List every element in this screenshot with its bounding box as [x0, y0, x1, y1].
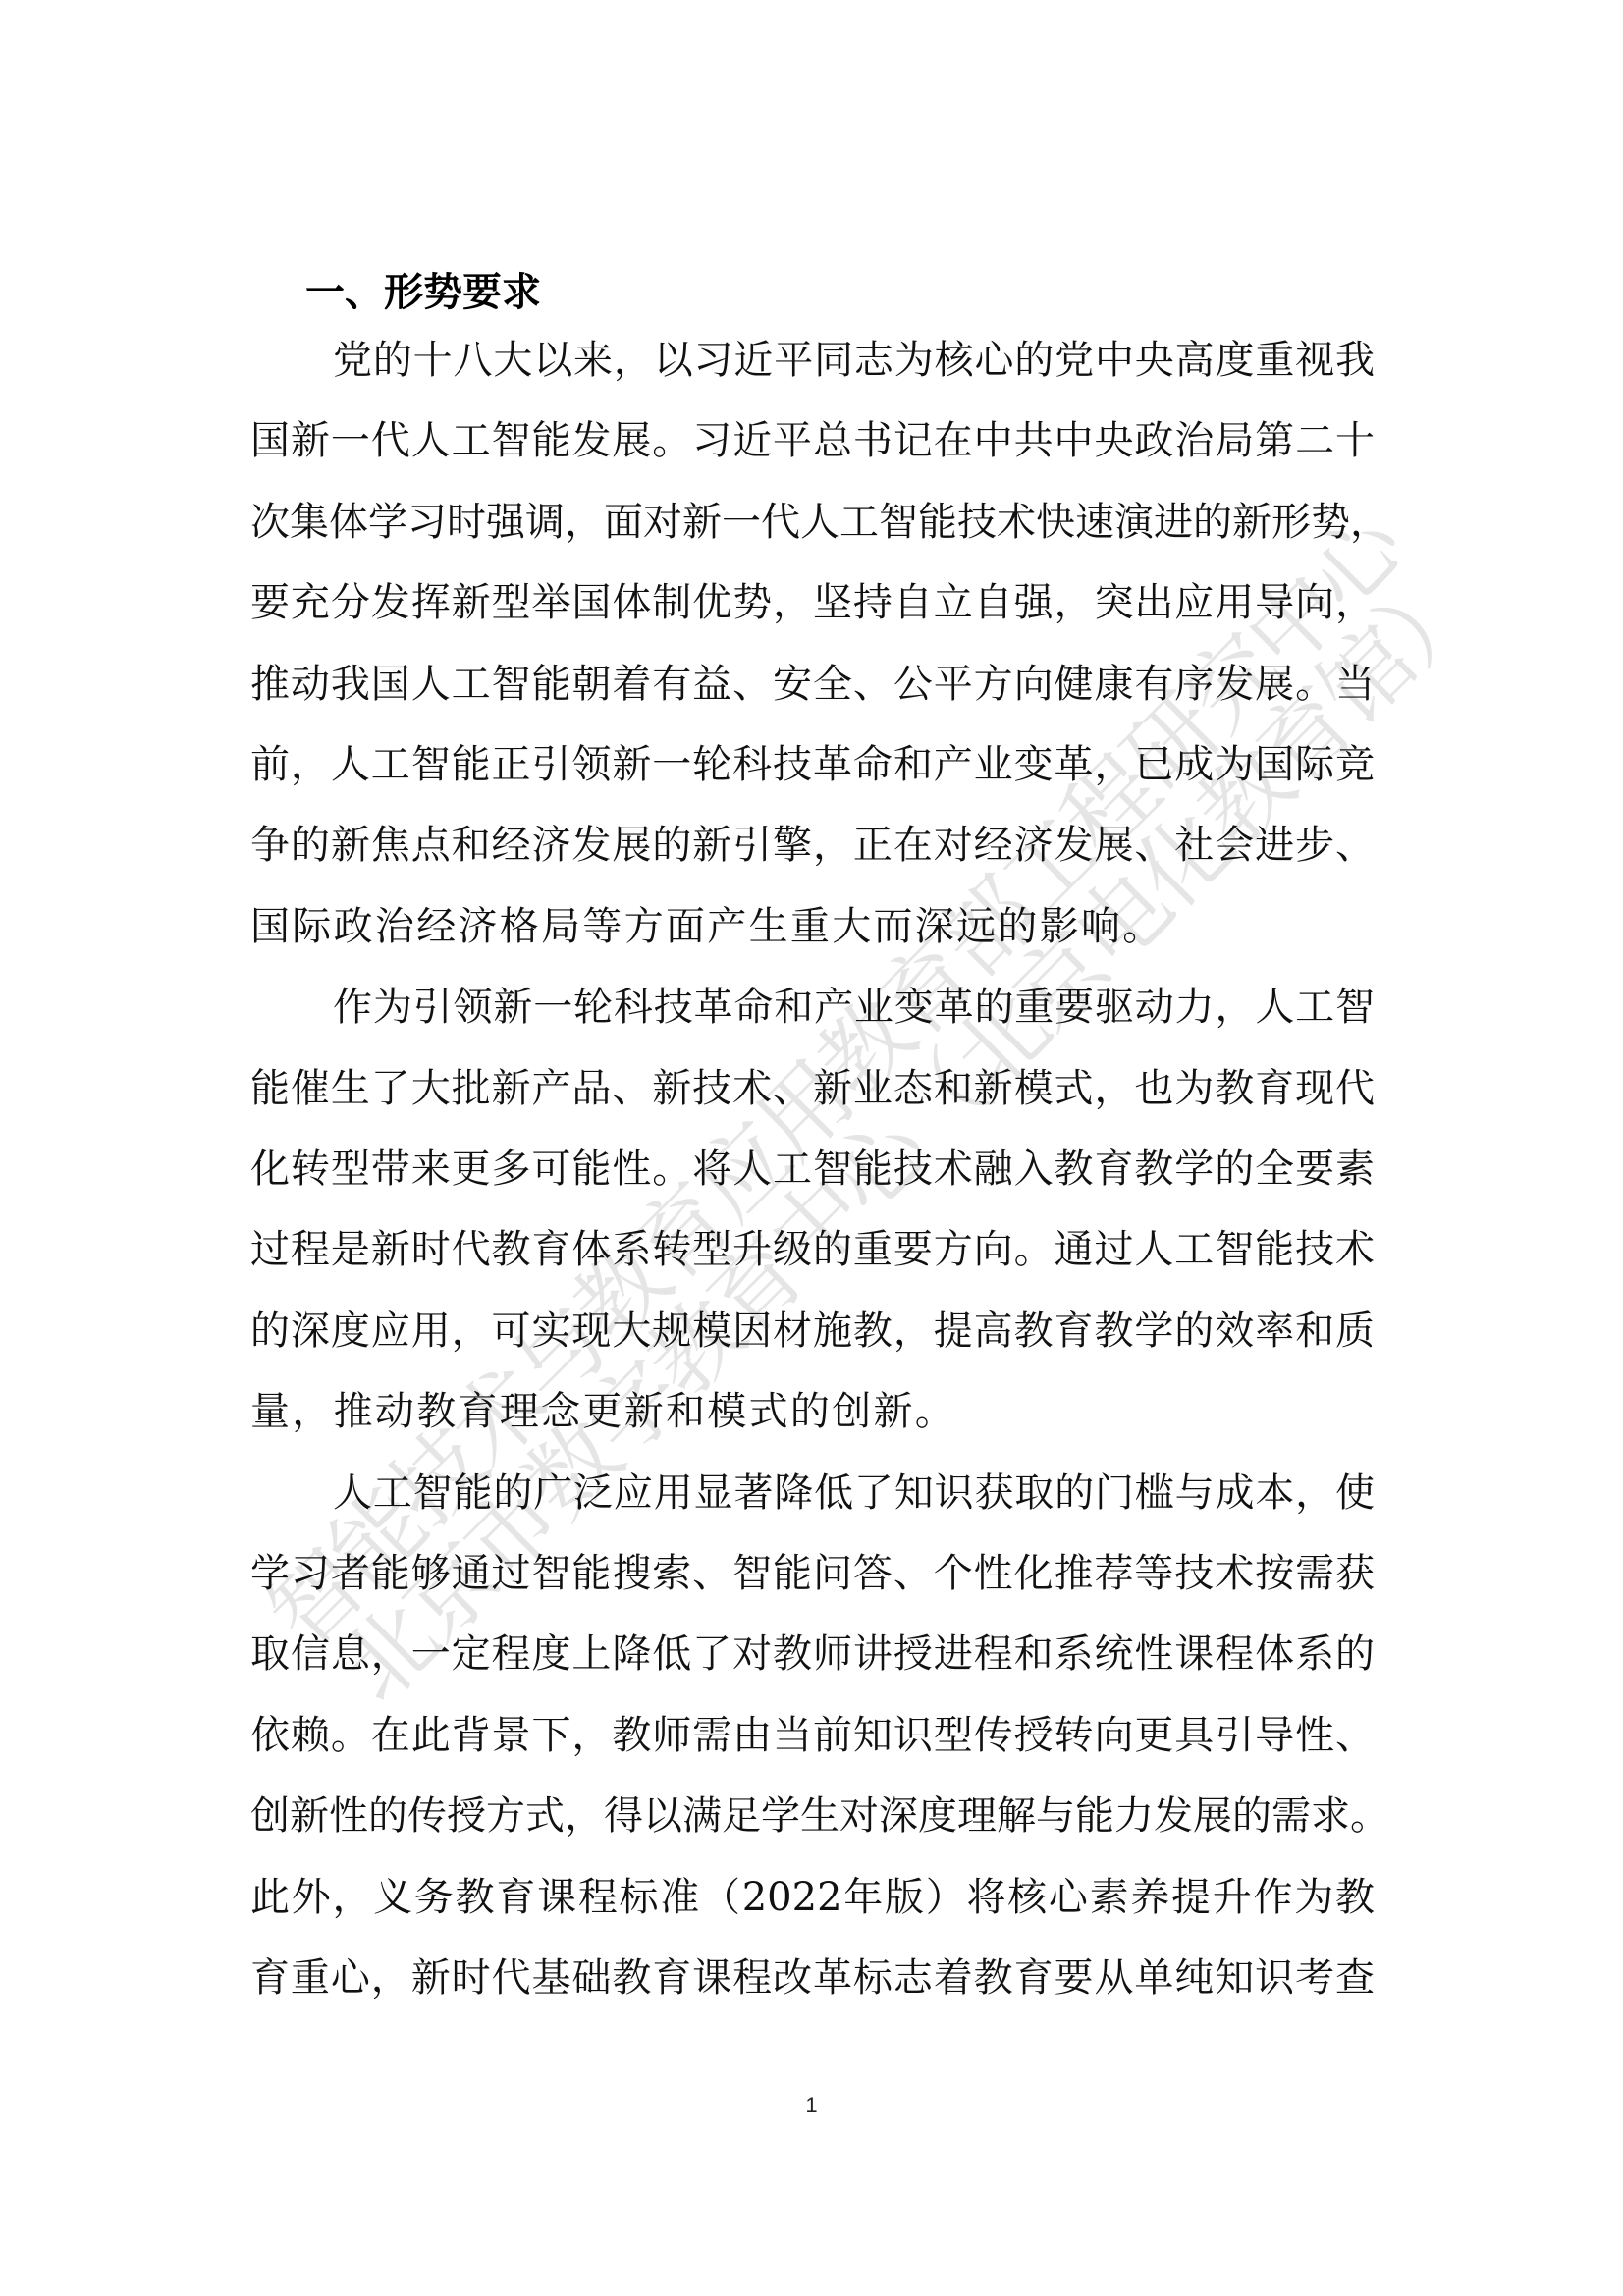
paragraph-3-line-5: 创新性的传授方式，得以满足学生对深度理解与能力发展的需求。: [250, 1787, 1375, 1845]
paragraph-3-line-1: 人工智能的广泛应用显著降低了知识获取的门槛与成本，使: [333, 1464, 1375, 1522]
document-page: 智能技术与教育应用教育部工程研究中心 北京市数字教育中心（北京电化教育馆） 一、…: [0, 0, 1623, 2296]
paragraph-1-line-3: 次集体学习时强调，面对新一代人工智能技术快速演进的新形势，: [250, 493, 1375, 552]
paragraph-2-line-3: 化转型带来更多可能性。将人工智能技术融入教育教学的全要素: [250, 1140, 1375, 1199]
paragraph-1-line-5: 推动我国人工智能朝着有益、安全、公平方向健康有序发展。当: [250, 655, 1375, 714]
paragraph-1-line-2: 国新一代人工智能发展。习近平总书记在中共中央政治局第二十: [250, 411, 1375, 470]
paragraph-1-line-1: 党的十八大以来，以习近平同志为核心的党中央高度重视我: [333, 331, 1375, 390]
page-number: 1: [0, 2093, 1623, 2118]
paragraph-3-line-6: 此外，义务教育课程标准（2022年版）将核心素养提升作为教: [250, 1868, 1375, 1927]
paragraph-3-line-3: 取信息，一定程度上降低了对教师讲授进程和系统性课程体系的: [250, 1625, 1375, 1683]
paragraph-1-line-4: 要充分发挥新型举国体制优势，坚持自立自强，突出应用导向，: [250, 573, 1375, 632]
paragraph-2-line-1: 作为引领新一轮科技革命和产业变革的重要驱动力，人工智: [333, 978, 1375, 1037]
paragraph-2-line-2: 能催生了大批新产品、新技术、新业态和新模式，也为教育现代: [250, 1059, 1375, 1118]
paragraph-2-line-4: 过程是新时代教育体系转型升级的重要方向。通过人工智能技术: [250, 1220, 1375, 1279]
paragraph-2-line-5: 的深度应用，可实现大规模因材施教，提高教育教学的效率和质: [250, 1302, 1375, 1361]
paragraph-1-line-6: 前，人工智能正引领新一轮科技革命和产业变革，已成为国际竞: [250, 735, 1375, 794]
paragraph-1-line-8: 国际政治经济格局等方面产生重大而深远的影响。: [250, 897, 1375, 956]
paragraph-3-line-4: 依赖。在此背景下，教师需由当前知识型传授转向更具引导性、: [250, 1706, 1375, 1765]
paragraph-3-line-7: 育重心，新时代基础教育课程改革标志着教育要从单纯知识考查: [250, 1949, 1375, 2007]
paragraph-2-line-6: 量，推动教育理念更新和模式的创新。: [250, 1382, 1375, 1441]
paragraph-1-line-7: 争的新焦点和经济发展的新引擎，正在对经济发展、社会进步、: [250, 816, 1375, 875]
paragraph-3-line-2: 学习者能够通过智能搜索、智能问答、个性化推荐等技术按需获: [250, 1544, 1375, 1603]
section-heading: 一、形势要求: [305, 263, 541, 322]
